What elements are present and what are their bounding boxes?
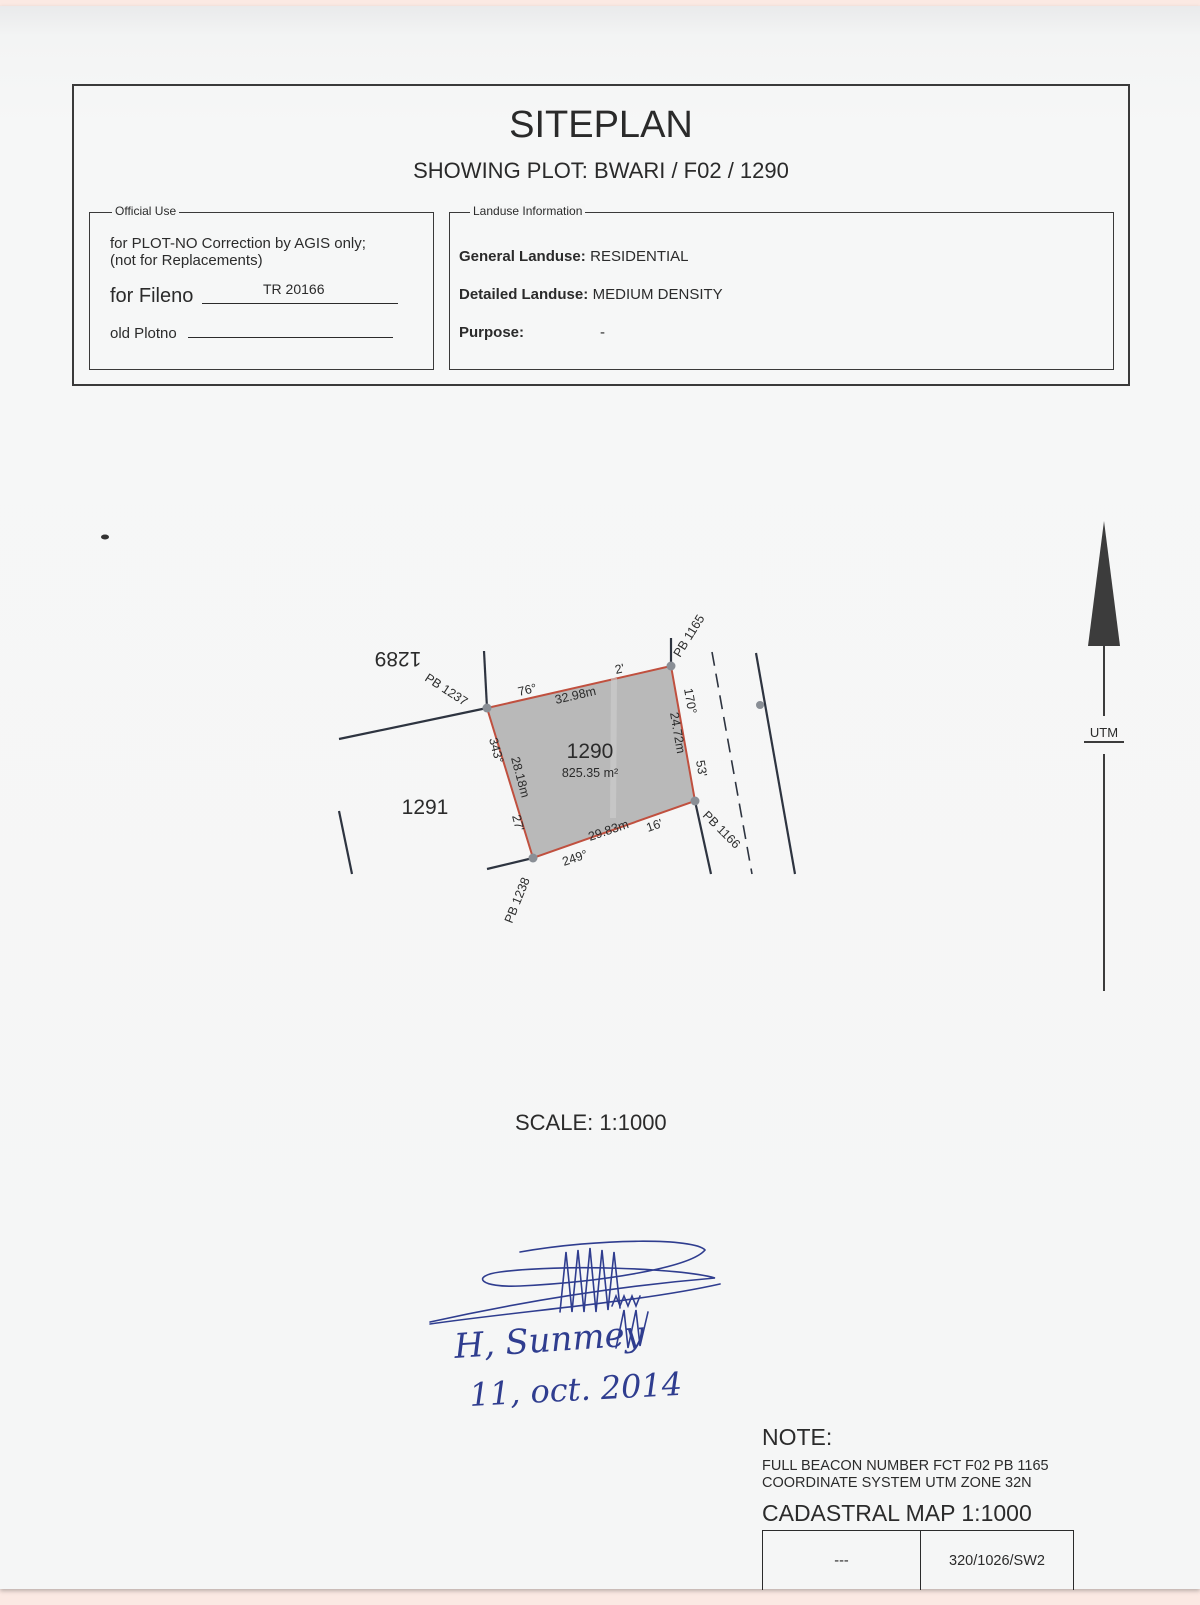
siteplan-sheet: SITEPLAN SHOWING PLOT: BWARI / F02 / 129… (0, 6, 1200, 1589)
beacon-label-pb1238: PB 1238 (502, 875, 533, 925)
beacon-label-pb1165: PB 1165 (671, 612, 708, 659)
edge-minutes-north: 2' (614, 661, 626, 677)
plot-area-label: 825.35 m² (562, 766, 618, 780)
neighbor-plot-1289-label: 1289 (375, 647, 422, 670)
cadastral-cell-2: 320/1026/SW2 (921, 1531, 1073, 1590)
edge-minutes-south: 16' (644, 816, 664, 835)
note-title: NOTE: (762, 1424, 832, 1451)
cadastral-map-title: CADASTRAL MAP 1:1000 (762, 1500, 1032, 1527)
signature-name: H, Sunmey (452, 1314, 646, 1367)
edge-bearing-south: 249° (560, 847, 589, 869)
edge-bearing-east: 170° (681, 687, 699, 715)
cadastral-cell-1: --- (763, 1531, 921, 1590)
north-arrow: UTM (1084, 521, 1124, 991)
north-arrow-label: UTM (1090, 725, 1118, 740)
edge-minutes-east: 53' (693, 759, 710, 777)
note-line-beacon: FULL BEACON NUMBER FCT F02 PB 1165 (762, 1458, 1049, 1474)
beacon-label-pb1237: PB 1237 (422, 671, 470, 709)
plot-number-label: 1290 (567, 740, 614, 763)
neighbor-plot-1291-label: 1291 (402, 796, 449, 819)
scan-speck (101, 535, 109, 540)
signature-date: 11, oct. 2014 (468, 1365, 683, 1414)
cadastral-reference-table: --- 320/1026/SW2 (762, 1530, 1074, 1590)
map-scale: SCALE: 1:1000 (515, 1110, 667, 1136)
north-arrow-head-icon (1088, 521, 1120, 646)
beacon-label-pb1166: PB 1166 (700, 808, 743, 851)
note-line-coordinate-system: COORDINATE SYSTEM UTM ZONE 32N (762, 1475, 1032, 1491)
cadastral-map: 1290 825.35 m² 1289 1291 PB 1237 PB 1165… (0, 6, 1200, 1589)
